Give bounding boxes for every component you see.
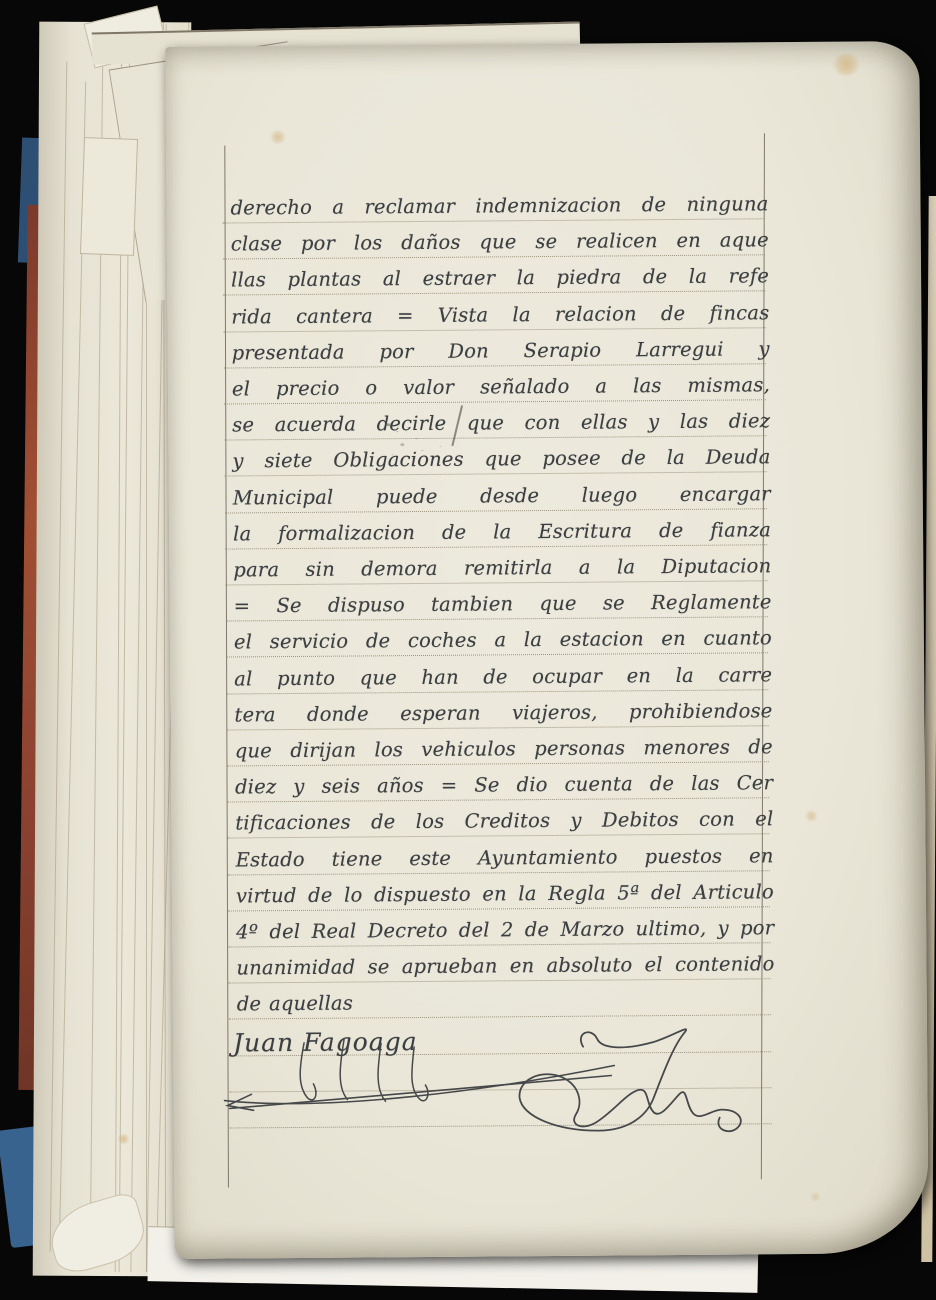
- stain: [810, 1192, 820, 1202]
- handwritten-line: para sin demora remitirla a la Diputacio…: [233, 551, 771, 587]
- handwritten-line: rida cantera = Vista la relacion de finc…: [231, 298, 769, 334]
- handwritten-line: que dirijan los vehiculos personas menor…: [235, 732, 773, 768]
- handwritten-line: = Se dispuso tambien que se Reglamente: [234, 587, 772, 623]
- ink-blot: [386, 423, 390, 426]
- handwritten-line: 4º del Real Decreto del 2 de Marzo ultim…: [236, 913, 774, 949]
- handwritten-line: tificaciones de los Creditos y Debitos c…: [235, 805, 773, 841]
- handwritten-line: virtud de lo dispuesto en la Regla 5ª de…: [236, 877, 774, 913]
- handwritten-line: unanimidad se aprueban en absoluto el co…: [236, 949, 774, 985]
- protruding-sheet-tab: [80, 137, 138, 256]
- handwritten-line: de aquellas: [237, 986, 775, 1022]
- stain: [117, 1134, 129, 1144]
- handwritten-line: tera donde esperan viajeros, prohibiendo…: [234, 696, 772, 732]
- handwritten-line: derecho a reclamar indemnizacion de ning…: [230, 189, 768, 225]
- handwritten-line: diez y seis años = Se dio cuenta de las …: [235, 768, 773, 804]
- handwritten-line: y siete Obligaciones que posee de la Deu…: [232, 443, 770, 479]
- handwritten-line: presentada por Don Serapio Larregui y: [232, 334, 770, 370]
- handwritten-line: la formalizacion de la Escritura de fian…: [233, 515, 771, 551]
- manuscript-page: derecho a reclamar indemnizacion de ning…: [165, 41, 928, 1259]
- page-edge-line: [50, 62, 68, 1252]
- handwritten-line: llas plantas al estraer la piedra de la …: [231, 262, 769, 298]
- handwritten-line: Municipal puede desde luego encargar: [233, 479, 771, 515]
- stain: [270, 130, 286, 144]
- handwritten-line: el servicio de coches a la estacion en c…: [234, 624, 772, 660]
- photo-background: derecho a reclamar indemnizacion de ning…: [0, 0, 936, 1300]
- handwritten-line: al punto que han de ocupar en la carre: [234, 660, 772, 696]
- handwritten-line: se acuerda decirle que con ellas y las d…: [232, 406, 770, 442]
- stain: [831, 54, 861, 76]
- stain: [805, 810, 817, 822]
- handwritten-line: clase por los daños que se realicen en a…: [231, 225, 769, 261]
- handwritten-line: Estado tiene este Ayuntamiento puestos e…: [236, 841, 774, 877]
- secretary-paraph: [513, 1017, 814, 1184]
- handwritten-line: el precio o valor señalado a las mismas,: [232, 370, 770, 406]
